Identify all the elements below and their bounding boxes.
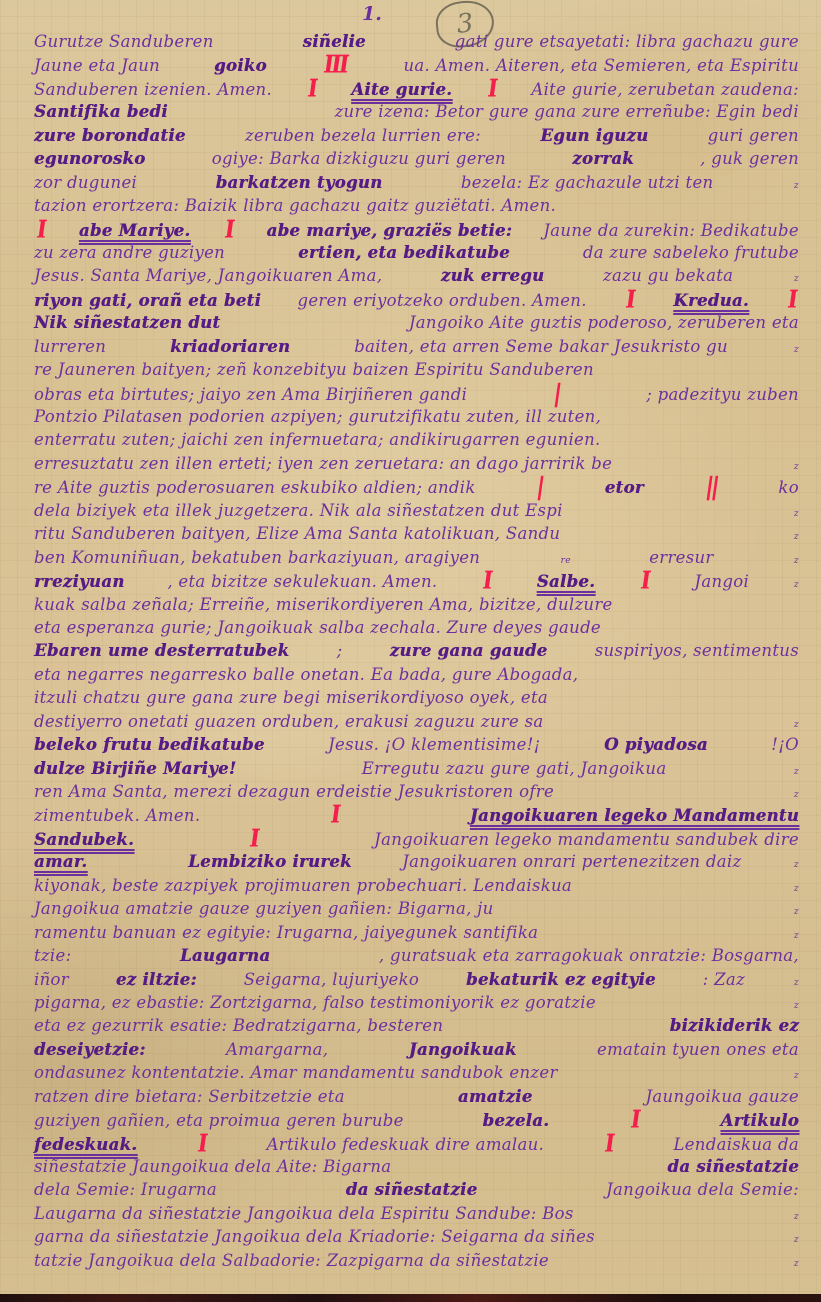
text-segment: , eta bizitze sekulekuan. Amen. — [167, 570, 437, 593]
text-line: Jaune eta JaungoikoIIIua. Amen. Aiteren,… — [34, 53, 799, 76]
emphasized-text: da siñestatzie — [346, 1178, 478, 1201]
emphasized-text: Egun iguzu — [540, 124, 648, 147]
text-line: riyon gati, orañ eta beti geren eriyotze… — [34, 288, 799, 311]
underlined-heading: Salbe. — [537, 570, 595, 593]
text-segment: Jaune eta Jaun — [34, 54, 160, 77]
text-segment: garna da siñestatzie Jangoikua dela Kria… — [34, 1225, 595, 1248]
red-ink-mark: I — [223, 215, 235, 244]
line-break-mark: z — [794, 526, 799, 549]
line-break-mark: z — [794, 175, 799, 198]
emphasized-text: zure borondatie — [34, 124, 186, 147]
text-line: deseiyetzie: Amargarna, Jangoikuak emata… — [34, 1038, 799, 1061]
text-line: dela biziyek eta illek juzgetzera. Nik a… — [34, 499, 799, 522]
text-line: Sanduberen izenien. Amen.IAite gurie.IAi… — [34, 77, 799, 100]
text-line: ben Komuniñuan, bekatuben barkaziyuan, a… — [34, 546, 799, 569]
text-segment: !¡O — [771, 733, 799, 756]
manuscript-text: Gurutze Sanduberen siñelie gati gure ets… — [34, 30, 799, 1272]
emphasized-text: da siñestatzie — [667, 1155, 799, 1178]
text-segment: , guk geren — [700, 147, 799, 170]
text-segment: siñestatzie Jaungoikua dela Aite: Bigarn… — [34, 1155, 391, 1178]
text-segment: bezela: Ez gachazule utzi ten — [461, 171, 714, 194]
text-segment: Jangoiko Aite guztis poderoso, zeruberen… — [409, 311, 799, 334]
emphasized-text: etor — [605, 476, 644, 499]
text-segment: Laugarna da siñestatzie Jangoikua dela E… — [34, 1202, 574, 1225]
emphasized-text: Lembiziko irurek — [188, 850, 352, 873]
text-segment: Gurutze Sanduberen — [34, 30, 214, 53]
text-segment: Jangoi — [694, 570, 749, 593]
red-ink-mark: III — [322, 51, 349, 80]
emphasized-text: bezela. — [483, 1109, 550, 1132]
text-line: pigarna, ez ebastie: Zortzigarna, falso … — [34, 991, 799, 1014]
text-segment: re Jauneren baityen; zeñ konzebityu baiz… — [34, 358, 594, 381]
text-line: ren Ama Santa, merezi dezagun erdeistie … — [34, 780, 799, 803]
text-line: dela Semie: Irugarna da siñestatzie Jang… — [34, 1178, 799, 1201]
text-segment: zu zera andre guziyen — [34, 241, 225, 264]
emphasized-text: riyon gati, orañ eta beti — [34, 289, 261, 312]
red-ink-mark: I — [629, 1105, 641, 1134]
text-line: garna da siñestatzie Jangoikua dela Kria… — [34, 1225, 799, 1248]
text-segment: zor dugunei — [34, 171, 137, 194]
text-segment: ben Komuniñuan, bekatuben barkaziyuan, a… — [34, 546, 480, 569]
text-line: Santifika bedi zure izena: Betor gure ga… — [34, 100, 799, 123]
text-line: rreziyuan, eta bizitze sekulekuan. Amen.… — [34, 569, 799, 592]
text-line: amar. Lembiziko irurek Jangoikuaren onra… — [34, 850, 799, 873]
text-segment: ; padezityu zuben — [646, 383, 799, 406]
text-line: re Jauneren baityen; zeñ konzebityu baiz… — [34, 358, 799, 381]
text-line: Iabe Mariye.Iabe mariye, graziës betie: … — [34, 218, 799, 241]
emphasized-text: bizikiderik ez — [670, 1014, 799, 1037]
red-ink-mark: I — [786, 285, 798, 314]
line-break-mark: z — [794, 339, 799, 362]
underlined-heading: Jangoikuaren legeko Mandamentu — [470, 804, 799, 827]
text-line: lurreren kriadoriaren baiten, eta arren … — [34, 335, 799, 358]
text-line: tazion erortzera: Baizik libra gachazu g… — [34, 194, 799, 217]
text-segment: erresuztatu zen illen erteti; iyen zen z… — [34, 452, 612, 475]
text-line: re Aite guztis poderosuaren eskubiko ald… — [34, 475, 799, 498]
text-segment: Erregutu zazu gure gati, Jangoikua — [362, 757, 667, 780]
text-line: ratzen dire bietara: Serbitzetzie eta am… — [34, 1085, 799, 1108]
line-break-mark: z — [794, 901, 799, 924]
line-break-mark: z — [794, 854, 799, 877]
red-ink-mark: | — [552, 379, 562, 408]
page-number: 1. — [362, 3, 382, 25]
text-line: siñestatzie Jaungoikua dela Aite: Bigarn… — [34, 1155, 799, 1178]
text-segment: gati gure etsayetati: libra gachazu gure — [455, 30, 799, 53]
text-segment: lurreren — [34, 335, 106, 358]
emphasized-text: bekaturik ez egityie — [466, 968, 656, 991]
text-segment: Lendaiskua da — [673, 1133, 799, 1156]
emphasized-text: Jangoikuak — [409, 1038, 517, 1061]
emphasized-text: Nik siñestatzen dut — [34, 311, 220, 334]
red-ink-mark: I — [248, 824, 260, 853]
text-segment: Jangoikua amatzie gauze guziyen gañien: … — [34, 897, 494, 920]
emphasized-text: beleko frutu bedikatube — [34, 733, 265, 756]
red-ink-mark: I — [486, 74, 498, 103]
text-segment: tzie: — [34, 944, 71, 967]
text-segment: obras eta birtutes; jaiyo zen Ama Birjiñ… — [34, 383, 467, 406]
text-segment: Jaune da zurekin: Bedikatube — [543, 219, 799, 242]
red-ink-mark: I — [639, 566, 651, 595]
text-line: eta esperanza gurie; Jangoikuak salba ze… — [34, 616, 799, 639]
underlined-heading: Kredua. — [673, 289, 749, 312]
text-segment: geren eriyotzeko orduben. Amen. — [297, 289, 586, 312]
text-segment: Jaungoikua gauze — [646, 1085, 799, 1108]
line-break-mark: z — [794, 1229, 799, 1252]
text-segment: suspiriyos, sentimentus — [595, 639, 799, 662]
text-segment: ramentu banuan ez egityie: Irugarna, jai… — [34, 921, 538, 944]
text-line: kiyonak, beste zazpiyek projimuaren prob… — [34, 874, 799, 897]
text-line: beleko frutu bedikatube Jesus. ¡O klemen… — [34, 733, 799, 756]
emphasized-text: deseiyetzie: — [34, 1038, 146, 1061]
text-line: Sandubek.I Jangoikuaren legeko mandament… — [34, 827, 799, 850]
text-line: eta negarres negarresko balle onetan. Ea… — [34, 663, 799, 686]
underlined-heading: Sandubek. — [34, 828, 134, 851]
emphasized-text: Santifika bedi — [34, 100, 168, 123]
text-segment: ritu Sanduberen baityen, Elize Ama Santa… — [34, 522, 560, 545]
emphasized-text: rreziyuan — [34, 570, 125, 593]
text-line: itzuli chatzu gure gana zure begi miseri… — [34, 686, 799, 709]
emphasized-text: Laugarna — [180, 944, 270, 967]
text-segment: itzuli chatzu gure gana zure begi miseri… — [34, 686, 548, 709]
emphasized-text: dulze Birjiñe Mariye! — [34, 757, 236, 780]
emphasized-text: zure gana gaude — [390, 639, 548, 662]
line-break-mark: z — [794, 550, 799, 573]
text-line: ondasunez kontentatzie. Amar mandamentu … — [34, 1061, 799, 1084]
text-segment: : Zaz — [703, 968, 745, 991]
text-line: ramentu banuan ez egityie: Irugarna, jai… — [34, 921, 799, 944]
underlined-heading: abe Mariye. — [79, 219, 191, 242]
text-segment: Aite gurie, zerubetan zaudena: — [531, 78, 799, 101]
emphasized-text: ez iltzie: — [116, 968, 197, 991]
red-ink-mark: I — [196, 1129, 208, 1158]
text-segment: zimentubek. Amen. — [34, 804, 200, 827]
red-ink-mark: I — [35, 215, 47, 244]
text-line: Ebaren ume desterratubek; zure gana gaud… — [34, 639, 799, 662]
text-segment: ratzen dire bietara: Serbitzetzie eta — [34, 1085, 345, 1108]
red-ink-mark: I — [306, 74, 318, 103]
text-line: obras eta birtutes; jaiyo zen Ama Birjiñ… — [34, 382, 799, 405]
underlined-heading: Aite gurie. — [351, 78, 452, 101]
text-line: ritu Sanduberen baityen, Elize Ama Santa… — [34, 522, 799, 545]
emphasized-text: abe mariye, graziës betie: — [267, 219, 513, 242]
red-ink-mark: || — [703, 472, 718, 501]
text-line: zure borondatie zeruben bezela lurrien e… — [34, 124, 799, 147]
text-segment: enterratu zuten; jaichi zen infernuetara… — [34, 428, 601, 451]
underlined-heading: fedeskuak. — [34, 1133, 137, 1156]
text-segment: erresur — [649, 546, 713, 569]
text-segment: Pontzio Pilatasen podorien azpiyen; guru… — [34, 405, 601, 428]
line-break-mark: z — [794, 574, 799, 597]
emphasized-text: O piyadosa — [604, 733, 708, 756]
text-segment: tatzie Jangoikua dela Salbadorie: Zazpig… — [34, 1249, 549, 1272]
scan-bottom-edge — [0, 1294, 821, 1302]
text-line: Gurutze Sanduberen siñelie gati gure ets… — [34, 30, 799, 53]
manuscript-page: 1. 3 Gurutze Sanduberen siñelie gati gur… — [0, 0, 821, 1302]
text-segment: re Aite guztis poderosuaren eskubiko ald… — [34, 476, 476, 499]
text-line: erresuztatu zen illen erteti; iyen zen z… — [34, 452, 799, 475]
red-ink-mark: I — [603, 1129, 615, 1158]
text-line: dulze Birjiñe Mariye! Erregutu zazu gure… — [34, 757, 799, 780]
text-segment: da zure sabeleko frutube — [583, 241, 799, 264]
text-line: zimentubek. Amen. IJangoikuaren legeko M… — [34, 803, 799, 826]
emphasized-text: barkatzen tyogun — [216, 171, 383, 194]
text-segment: ko — [778, 476, 799, 499]
text-segment: ; — [337, 639, 343, 662]
text-segment: dela biziyek eta illek juzgetzera. Nik a… — [34, 499, 563, 522]
text-segment: Amargarna, — [226, 1038, 328, 1061]
text-line: fedeskuak.I Artikulo fedeskuak dire amal… — [34, 1132, 799, 1155]
line-break-mark: z — [794, 972, 799, 995]
text-segment: Jesus. ¡O klementisime!¡ — [328, 733, 540, 756]
text-segment: zeruben bezela lurrien ere: — [245, 124, 481, 147]
text-segment: ua. Amen. Aiteren, eta Semieren, eta Esp… — [403, 54, 799, 77]
text-segment: dela Semie: Irugarna — [34, 1178, 217, 1201]
text-segment: Seigarna, lujuriyeko — [244, 968, 419, 991]
text-line: destiyerro onetati guazen orduben, eraku… — [34, 710, 799, 733]
emphasized-text: kriadoriaren — [170, 335, 290, 358]
line-break-mark: z — [794, 761, 799, 784]
text-segment: zure izena: Betor gure gana zure erreñub… — [335, 100, 799, 123]
text-line: zu zera andre guziyen ertien, eta bedika… — [34, 241, 799, 264]
line-break-mark: z — [794, 878, 799, 901]
text-line: iñor ez iltzie: Seigarna, lujuriyeko bek… — [34, 968, 799, 991]
text-line: zor dugunei barkatzen tyogun bezela: Ez … — [34, 171, 799, 194]
text-line: eta ez gezurrik esatie: Bedratzigarna, b… — [34, 1014, 799, 1037]
text-segment: kuak salba zeñala; Erreiñe, miserikordiy… — [34, 593, 613, 616]
emphasized-text: zorrak — [572, 147, 634, 170]
emphasized-text: amatzie — [458, 1085, 533, 1108]
text-segment: destiyerro onetati guazen orduben, eraku… — [34, 710, 544, 733]
red-ink-mark: | — [535, 472, 545, 501]
text-segment: kiyonak, beste zazpiyek projimuaren prob… — [34, 874, 572, 897]
emphasized-text: goiko — [214, 54, 267, 77]
text-line: Pontzio Pilatasen podorien azpiyen; guru… — [34, 405, 799, 428]
emphasized-text: ertien, eta bedikatube — [298, 241, 510, 264]
text-segment: Jangoikuaren legeko mandamentu sandubek … — [374, 828, 799, 851]
emphasized-text: egunorosko — [34, 147, 145, 170]
text-line: egunorosko ogiye: Barka dizkiguzu guri g… — [34, 147, 799, 170]
text-line: Nik siñestatzen dut Jangoiko Aite guztis… — [34, 311, 799, 334]
text-segment: guziyen gañien, eta proimua geren burube — [34, 1109, 404, 1132]
red-ink-mark: I — [329, 801, 341, 830]
text-segment: Sanduberen izenien. Amen. — [34, 78, 272, 101]
underlined-heading: Artikulo — [721, 1109, 800, 1132]
text-segment: tazion erortzera: Baizik libra gachazu g… — [34, 194, 556, 217]
text-segment: eta esperanza gurie; Jangoikuak salba ze… — [34, 616, 601, 639]
text-segment: iñor — [34, 968, 69, 991]
text-segment: , guratsuak eta zarragokuak onratzie: Bo… — [379, 944, 799, 967]
text-segment: Jangoikuaren onrari pertenezitzen daiz — [402, 850, 741, 873]
text-line: tatzie Jangoikua dela Salbadorie: Zazpig… — [34, 1249, 799, 1272]
red-ink-mark: I — [624, 285, 636, 314]
text-line: tzie: Laugarna, guratsuak eta zarragokua… — [34, 944, 799, 967]
text-segment: guri geren — [708, 124, 799, 147]
red-ink-mark: I — [481, 566, 493, 595]
text-segment: ematain tyuen ones eta — [597, 1038, 799, 1061]
text-segment: eta negarres negarresko balle onetan. Ea… — [34, 663, 578, 686]
text-segment: pigarna, ez ebastie: Zortzigarna, falso … — [34, 991, 596, 1014]
text-segment: ogiye: Barka dizkiguzu guri geren — [212, 147, 506, 170]
text-line: Jesus. Santa Mariye, Jangoikuaren Ama, z… — [34, 264, 799, 287]
line-break-mark: z — [794, 1253, 799, 1276]
text-segment: baiten, eta arren Seme bakar Jesukristo … — [354, 335, 728, 358]
emphasized-text: zuk erregu — [441, 264, 544, 287]
text-segment: ren Ama Santa, merezi dezagun erdeistie … — [34, 780, 554, 803]
line-break-mark: z — [794, 1206, 799, 1229]
text-segment: eta ez gezurrik esatie: Bedratzigarna, b… — [34, 1014, 443, 1037]
text-segment: ondasunez kontentatzie. Amar mandamentu … — [34, 1061, 558, 1084]
text-line: enterratu zuten; jaichi zen infernuetara… — [34, 428, 799, 451]
line-break-mark: z — [794, 503, 799, 526]
text-line: guziyen gañien, eta proimua geren burube… — [34, 1108, 799, 1131]
text-segment: Artikulo fedeskuak dire amalau. — [267, 1133, 545, 1156]
text-line: kuak salba zeñala; Erreiñe, miserikordiy… — [34, 593, 799, 616]
text-line: Jangoikua amatzie gauze guziyen gañien: … — [34, 897, 799, 920]
text-segment: zazu gu bekata — [603, 264, 733, 287]
text-segment: Jangoikua dela Semie: — [606, 1178, 799, 1201]
underlined-heading: amar. — [34, 850, 87, 873]
text-segment: Jesus. Santa Mariye, Jangoikuaren Ama, — [34, 264, 382, 287]
emphasized-text: Ebaren ume desterratubek — [34, 639, 289, 662]
text-line: Laugarna da siñestatzie Jangoikua dela E… — [34, 1202, 799, 1225]
